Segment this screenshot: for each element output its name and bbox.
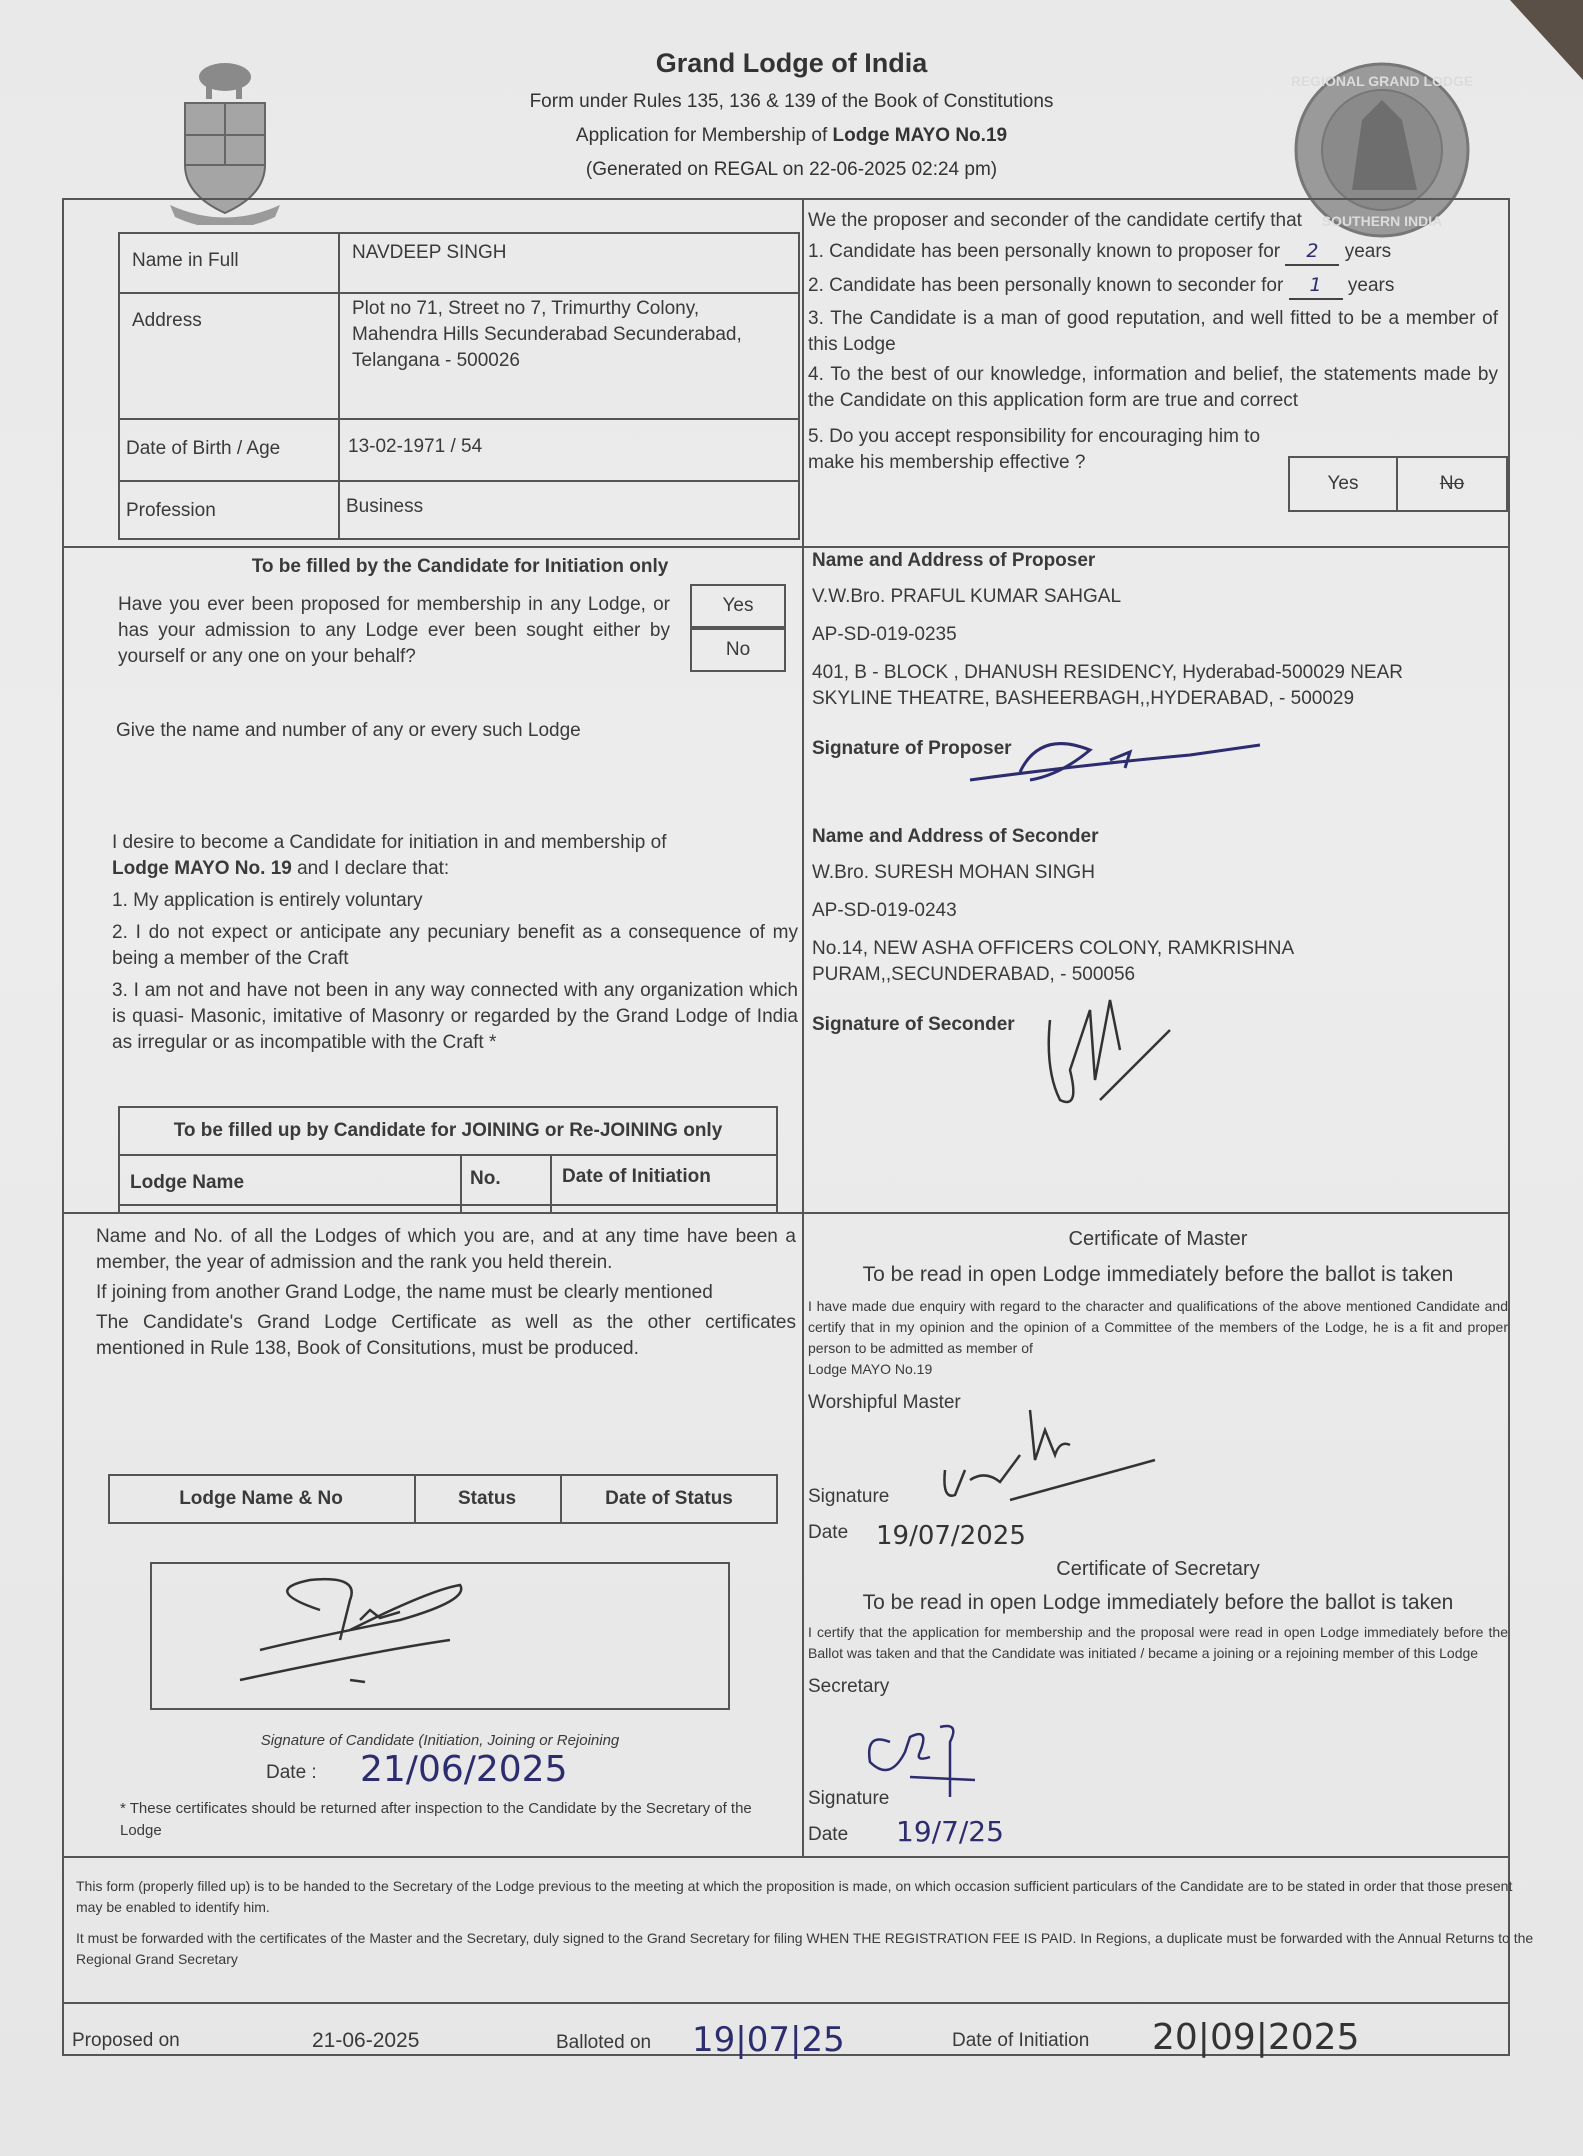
years-known-proposer[interactable]: 2 — [1285, 238, 1339, 266]
years-known-seconder[interactable]: 1 — [1289, 272, 1343, 300]
joining-heading: To be filled up by Candidate for JOINING… — [118, 1118, 778, 1144]
responsibility-no-box[interactable]: No — [1396, 456, 1508, 512]
seconder-id: AP-SD-019-0243 — [812, 898, 1502, 924]
certification-section: We the proposer and seconder of the cand… — [808, 208, 1498, 476]
generated-line: (Generated on REGAL on 22-06-2025 02:24 … — [0, 159, 1583, 181]
declaration: I desire to become a Candidate for initi… — [112, 830, 798, 1056]
notes: This form (properly filled up) is to be … — [76, 1876, 1536, 1970]
proposer-name: V.W.Bro. PRAFUL KUMAR SAHGAL — [812, 584, 1502, 610]
date-of-initiation-label: Date of Initiation — [952, 2028, 1089, 2054]
proposed-on-value: 21-06-2025 — [312, 2028, 419, 2054]
balloted-on-label: Balloted on — [556, 2030, 651, 2056]
col-date-of-status: Date of Status — [560, 1486, 778, 1512]
address-value[interactable]: Plot no 71, Street no 7, Trimurthy Colon… — [352, 296, 792, 374]
candidate-date-value[interactable]: 21/06/2025 — [360, 1748, 568, 1792]
joining-col-no: No. — [470, 1166, 501, 1192]
joining-col-lodge-name: Lodge Name — [130, 1170, 244, 1196]
master-date-label: Date — [808, 1520, 848, 1546]
secretary-date-label: Date — [808, 1822, 848, 1848]
balloted-on-value[interactable]: 19|07|25 — [692, 2018, 845, 2062]
address-label: Address — [132, 308, 202, 334]
profession-label: Profession — [126, 498, 216, 524]
proposer-signature[interactable] — [960, 720, 1280, 790]
secretary-certificate: Certificate of Secretary To be read in o… — [808, 1556, 1508, 1700]
candidate-date-label: Date : — [266, 1760, 317, 1786]
master-certificate: Certificate of Master To be read in open… — [808, 1226, 1508, 1416]
certificates-footnote: * These certificates should be returned … — [120, 1798, 780, 1842]
proposer-id: AP-SD-019-0235 — [812, 622, 1502, 648]
candidate-table — [118, 232, 800, 540]
master-signature-label: Signature — [808, 1484, 889, 1510]
proposer-address: 401, B - BLOCK , DHANUSH RESIDENCY, Hyde… — [812, 660, 1502, 712]
initiation-heading: To be filled by the Candidate for Initia… — [120, 554, 800, 580]
master-signature[interactable] — [940, 1400, 1240, 1510]
form-title: Grand Lodge of India — [0, 48, 1583, 79]
give-lodge-name-prompt: Give the name and number of any or every… — [116, 718, 581, 744]
seconder-name: W.Bro. SURESH MOHAN SINGH — [812, 860, 1502, 886]
form-header: Grand Lodge of India Form under Rules 13… — [0, 48, 1583, 181]
master-date-value[interactable]: 19/07/2025 — [876, 1518, 1026, 1554]
joining-col-date: Date of Initiation — [562, 1164, 711, 1190]
rules-line: Form under Rules 135, 136 & 139 of the B… — [0, 91, 1583, 113]
name-label: Name in Full — [132, 248, 239, 274]
candidate-signature — [200, 1570, 480, 1700]
lodges-membership-text: Name and No. of all the Lodges of which … — [96, 1224, 796, 1362]
secretary-date-value[interactable]: 19/7/25 — [896, 1814, 1004, 1850]
proposed-before-no[interactable]: No — [690, 628, 786, 672]
profession-value[interactable]: Business — [346, 494, 423, 520]
secretary-signature-label: Signature — [808, 1786, 889, 1812]
col-lodge-name-no: Lodge Name & No — [108, 1486, 414, 1512]
responsibility-yes-box[interactable]: Yes — [1288, 456, 1398, 512]
proposed-before-yes[interactable]: Yes — [690, 584, 786, 628]
name-value[interactable]: NAVDEEP SINGH — [352, 240, 507, 266]
dob-value[interactable]: 13-02-1971 / 54 — [348, 434, 482, 460]
proposed-on-label: Proposed on — [72, 2028, 180, 2054]
seconder-signature[interactable] — [1040, 990, 1180, 1120]
dob-label: Date of Birth / Age — [126, 436, 280, 462]
application-line: Application for Membership of Lodge MAYO… — [0, 125, 1583, 147]
date-of-initiation-value[interactable]: 20|09|2025 — [1152, 2016, 1360, 2060]
col-status: Status — [414, 1486, 560, 1512]
seconder-address: No.14, NEW ASHA OFFICERS COLONY, RAMKRIS… — [812, 936, 1502, 988]
initiation-question: Have you ever been proposed for membersh… — [118, 592, 670, 670]
